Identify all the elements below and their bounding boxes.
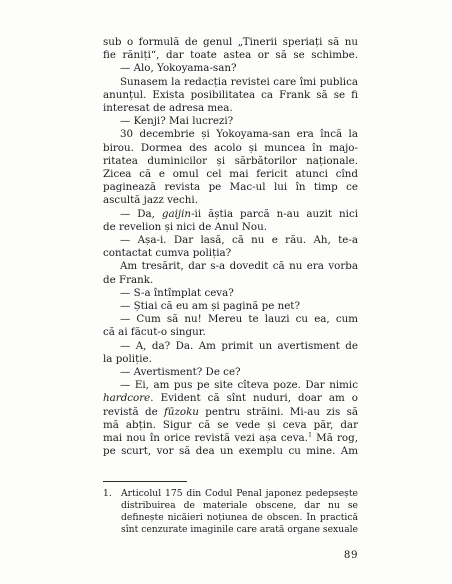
text-line: pe scurt, vor să dea un exemplu cu mine.… xyxy=(103,445,358,458)
text-segment: contactat cumva poliția? xyxy=(103,247,231,259)
text-line: definește nicăieri noțiunea de obscen. Î… xyxy=(121,512,358,524)
text-segment: de Frank. xyxy=(103,274,153,286)
text-segment: -ii ăștia parcă n-au auzit nici xyxy=(191,208,358,220)
book-page: sub o formulă de genul „Tinerii speriați… xyxy=(0,0,452,584)
text-line: — Kenji? Mai lucrezi? xyxy=(103,115,358,128)
text-segment: ritatea duminicilor și sărbătorilor nați… xyxy=(103,155,358,167)
text-segment: sub o formulă de genul „Tinerii speriați… xyxy=(103,36,358,48)
text-line: ascultă jazz vechi. xyxy=(103,194,358,207)
text-segment: — Știai că eu am și pagină pe net? xyxy=(120,300,300,312)
text-line: că ai făcut-o singur. xyxy=(103,326,358,339)
text-segment: mă abțin. Sigur că se vede și ceva păr, … xyxy=(103,419,358,431)
text-segment: pentru străini. Mi-au zis să xyxy=(199,406,358,418)
text-line: ritatea duminicilor și sărbătorilor nați… xyxy=(103,155,358,168)
text-segment: Mă rog, xyxy=(312,432,358,444)
text-line: sînt cenzurate imaginile care arată orga… xyxy=(121,524,358,536)
body-text: sub o formulă de genul „Tinerii speriați… xyxy=(103,36,358,459)
text-segment: . Evident că sînt nuduri, doar am o xyxy=(150,392,358,404)
text-segment: Zicea că e omul cel mai fericit atunci c… xyxy=(103,168,358,180)
text-segment: revistă de xyxy=(103,406,164,418)
text-segment: definește nicăieri noțiunea de obscen. Î… xyxy=(121,512,358,523)
text-line: 30 decembrie și Yokoyama-san era încă la xyxy=(103,128,358,141)
text-segment: Sunasem la redacția revistei care îmi pu… xyxy=(120,76,358,88)
text-segment: pe scurt, vor să dea un exemplu cu mine.… xyxy=(103,445,358,457)
italic-term: fūzoku xyxy=(164,406,199,418)
text-segment: interesat de adresa mea. xyxy=(103,102,233,114)
text-segment: fie răniți“, dar toate astea or să se sc… xyxy=(103,49,358,61)
text-line: — A, da? Da. Am primit un avertisment de xyxy=(103,340,358,353)
text-line: la poliție. xyxy=(103,353,358,366)
text-line: Am tresărit, dar s-a dovedit că nu era v… xyxy=(103,260,358,273)
text-segment: ascultă jazz vechi. xyxy=(103,194,198,206)
text-line: anunțul. Exista posibilitatea ca Frank s… xyxy=(103,89,358,102)
text-segment: de revelion și nici de Anul Nou. xyxy=(103,221,267,233)
text-line: — Alo, Yokoyama-san? xyxy=(103,62,358,75)
text-segment: — Așa-i. Dar lasă, că nu e rău. Ah, te-a xyxy=(120,234,358,246)
text-segment: — Kenji? Mai lucrezi? xyxy=(120,115,233,127)
footnote-separator xyxy=(103,481,187,482)
text-line: paginează revista pe Mac-ul lui în timp … xyxy=(103,181,358,194)
text-line: de revelion și nici de Anul Nou. xyxy=(103,221,358,234)
text-line: — Cum să nu! Mereu te lauzi cu ea, cum xyxy=(103,313,358,326)
text-segment: distribuirea de materiale obscene, dar n… xyxy=(121,500,358,511)
text-line: Sunasem la redacția revistei care îmi pu… xyxy=(103,76,358,89)
text-segment: — S-a întîmplat ceva? xyxy=(120,287,234,299)
text-line: — Da, gaijin-ii ăștia parcă n-au auzit n… xyxy=(103,208,358,221)
text-line: — Știai că eu am și pagină pe net? xyxy=(103,300,358,313)
text-line: contactat cumva poliția? xyxy=(103,247,358,260)
text-segment: — A, da? Da. Am primit un avertisment de xyxy=(120,340,358,352)
text-segment: paginează revista pe Mac-ul lui în timp … xyxy=(103,181,358,193)
text-line: de Frank. xyxy=(103,274,358,287)
text-line: sub o formulă de genul „Tinerii speriați… xyxy=(103,36,358,49)
text-line: distribuirea de materiale obscene, dar n… xyxy=(121,500,358,512)
text-line: fie răniți“, dar toate astea or să se sc… xyxy=(103,49,358,62)
text-line: — S-a întîmplat ceva? xyxy=(103,287,358,300)
text-segment: anunțul. Exista posibilitatea ca Frank s… xyxy=(103,89,358,101)
text-segment: — Avertisment? De ce? xyxy=(120,366,241,378)
text-segment: mai nou în orice revistă vezi așa ceva. xyxy=(103,432,308,444)
text-line: — Avertisment? De ce? xyxy=(103,366,358,379)
text-line: Articolul 175 din Codul Penal japonez pe… xyxy=(121,488,358,500)
footnote: 1. Articolul 175 din Codul Penal japonez… xyxy=(103,488,358,537)
text-line: mai nou în orice revistă vezi așa ceva.1… xyxy=(103,432,358,445)
text-line: mă abțin. Sigur că se vede și ceva păr, … xyxy=(103,419,358,432)
text-segment: 30 decembrie și Yokoyama-san era încă la xyxy=(120,128,358,140)
text-segment: Articolul 175 din Codul Penal japonez pe… xyxy=(121,488,358,499)
footnote-number: 1. xyxy=(103,488,121,537)
text-line: hardcore. Evident că sînt nuduri, doar a… xyxy=(103,392,358,405)
text-segment: — Da, xyxy=(120,208,162,220)
italic-term: hardcore xyxy=(103,392,150,404)
text-column: sub o formulă de genul „Tinerii speriați… xyxy=(103,36,358,561)
text-line: revistă de fūzoku pentru străini. Mi-au … xyxy=(103,406,358,419)
text-segment: că ai făcut-o singur. xyxy=(103,326,206,338)
text-segment: la poliție. xyxy=(103,353,152,365)
italic-term: gaijin xyxy=(162,208,191,220)
text-line: — Ei, am pus pe site cîteva poze. Dar ni… xyxy=(103,379,358,392)
footnote-text: Articolul 175 din Codul Penal japonez pe… xyxy=(121,488,358,537)
text-segment: — Cum să nu! Mereu te lauzi cu ea, cum xyxy=(120,313,358,325)
text-line: interesat de adresa mea. xyxy=(103,102,358,115)
text-segment: Am tresărit, dar s-a dovedit că nu era v… xyxy=(120,260,358,272)
text-segment: — Ei, am pus pe site cîteva poze. Dar ni… xyxy=(120,379,358,391)
text-segment: birou. Dormea des acolo și muncea în maj… xyxy=(103,142,358,154)
text-line: Zicea că e omul cel mai fericit atunci c… xyxy=(103,168,358,181)
text-segment: sînt cenzurate imaginile care arată orga… xyxy=(121,524,358,535)
text-line: birou. Dormea des acolo și muncea în maj… xyxy=(103,142,358,155)
text-line: — Așa-i. Dar lasă, că nu e rău. Ah, te-a xyxy=(103,234,358,247)
page-number: 89 xyxy=(103,549,358,561)
text-segment: — Alo, Yokoyama-san? xyxy=(120,62,237,74)
